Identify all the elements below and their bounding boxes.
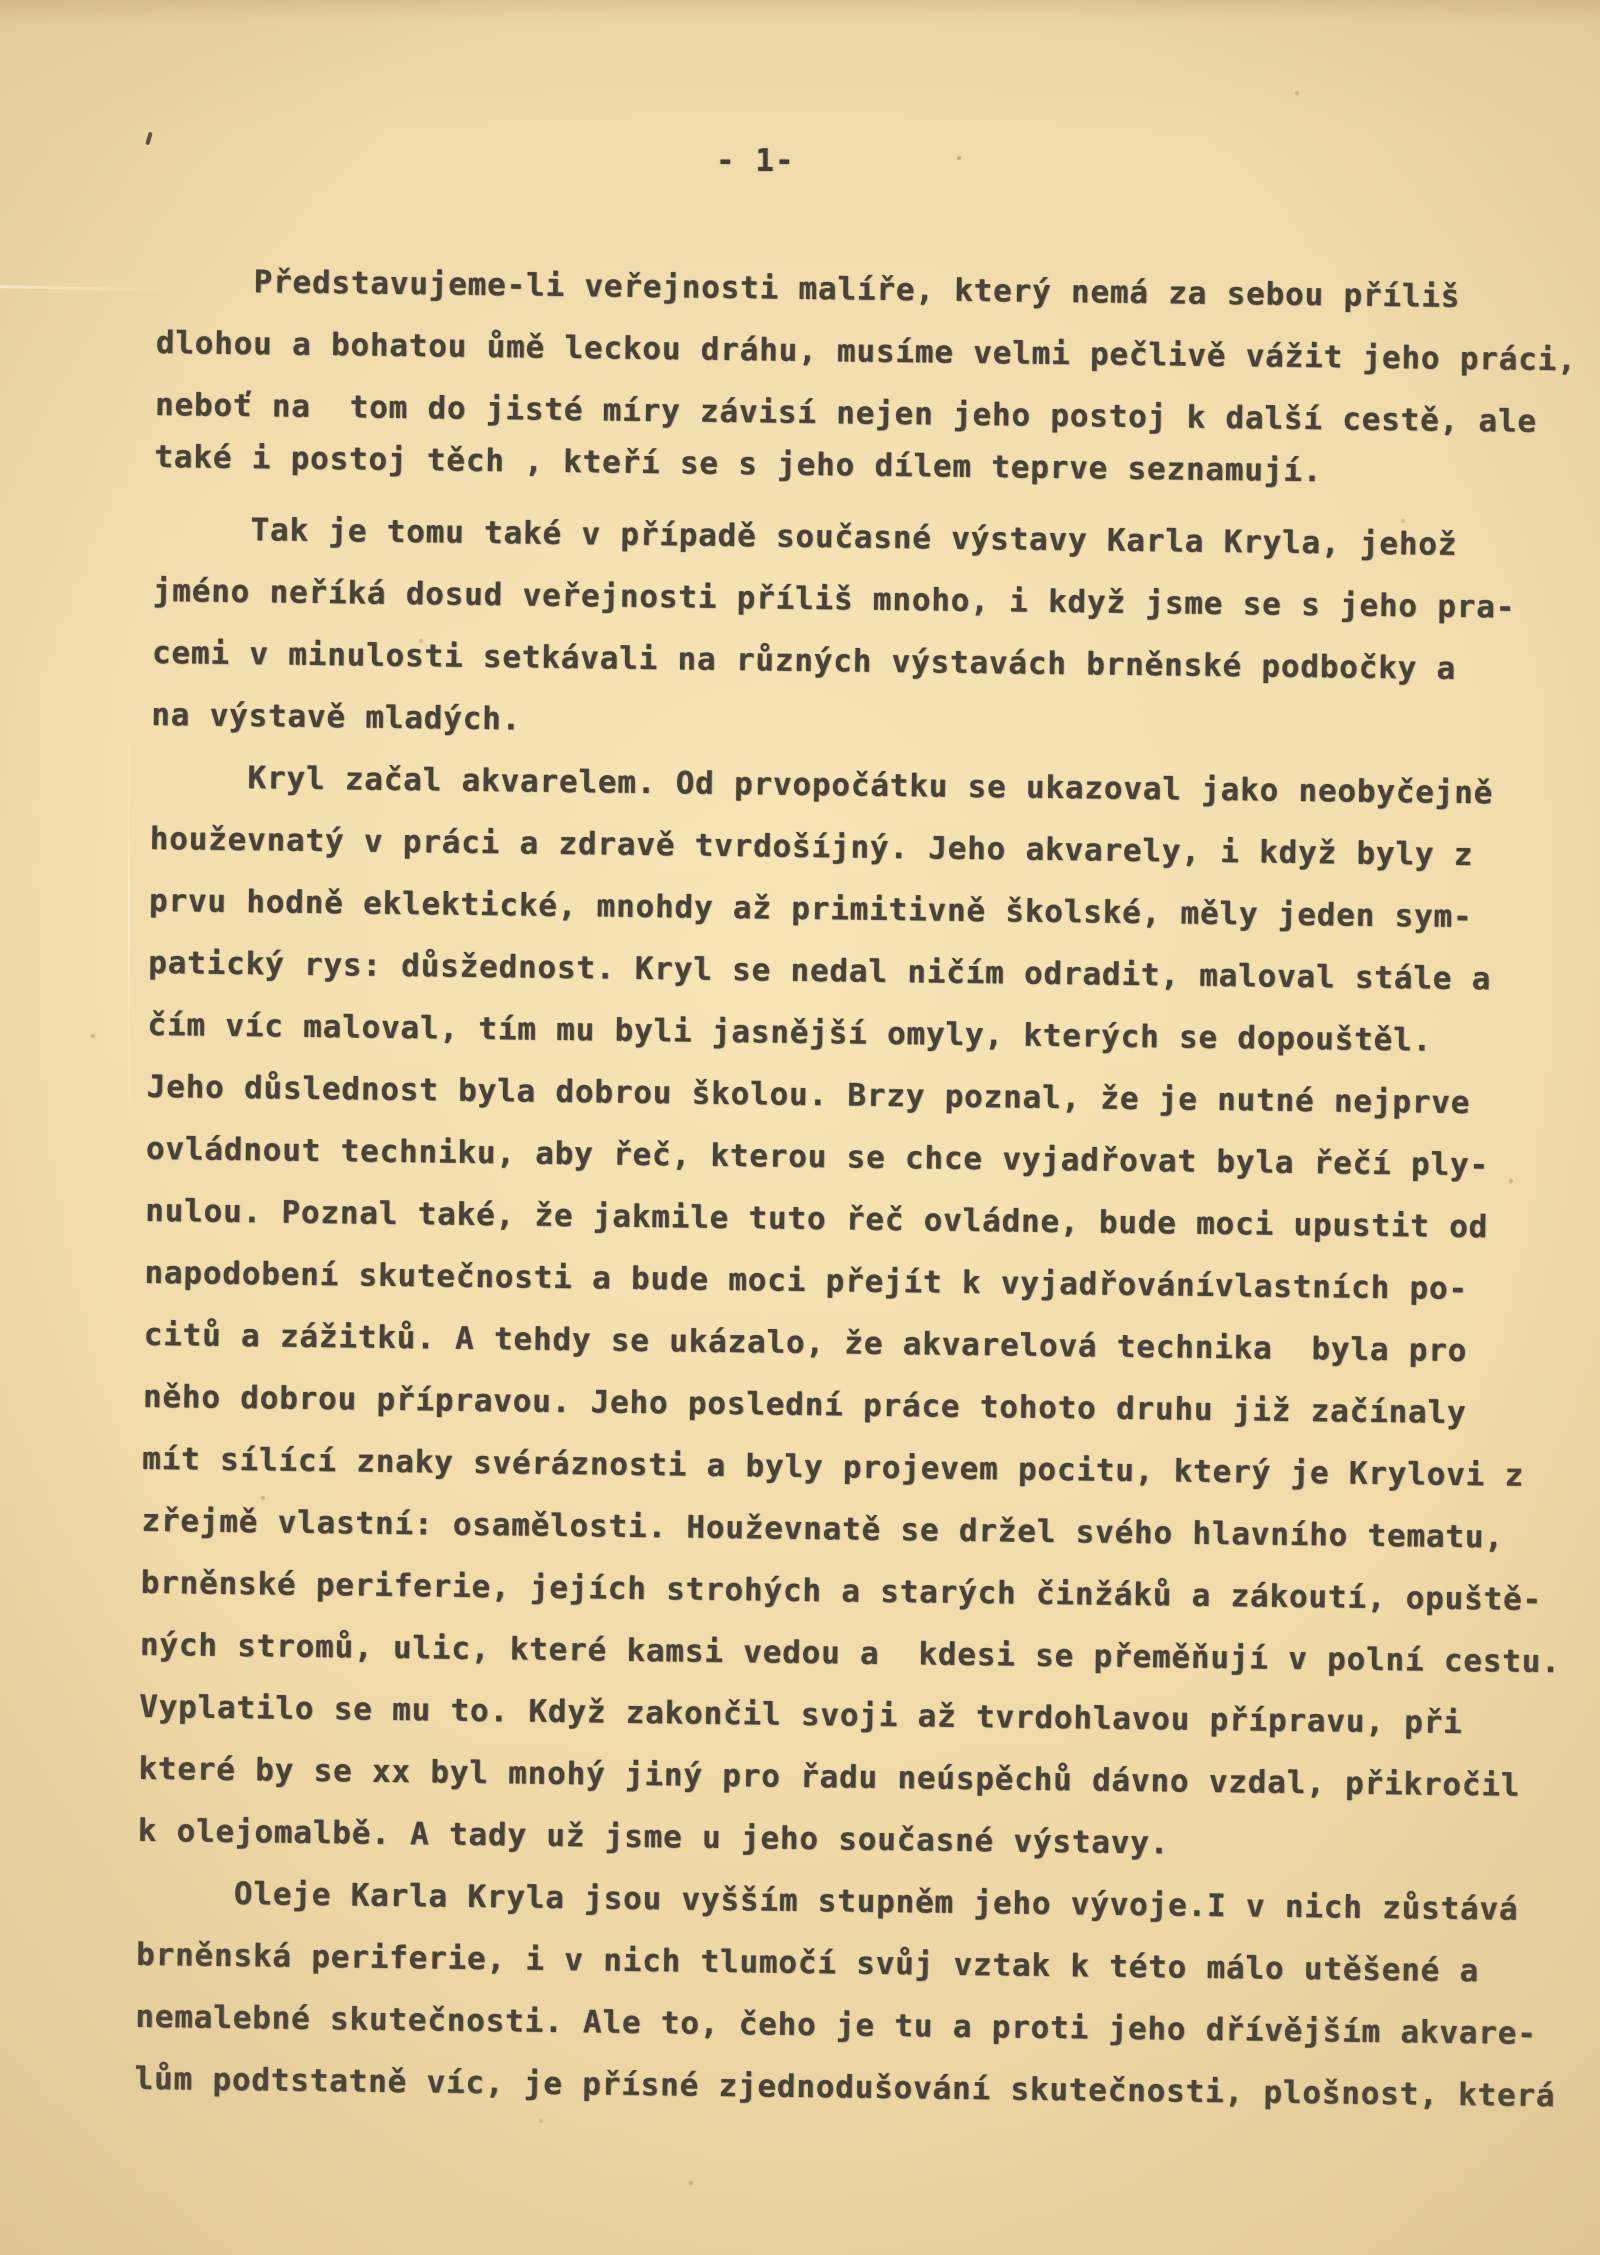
ink-smudge [145, 132, 152, 146]
paper-crease [128, 700, 130, 1130]
paper-specks [0, 0, 2, 2]
text-block: Představujeme-li veřejnosti malíře, kter… [134, 250, 1600, 2128]
document-page: - 1- Představujeme-li veřejnosti malíře,… [0, 0, 1600, 2255]
paper-crease [0, 285, 175, 292]
page-number: - 1- [716, 130, 795, 192]
